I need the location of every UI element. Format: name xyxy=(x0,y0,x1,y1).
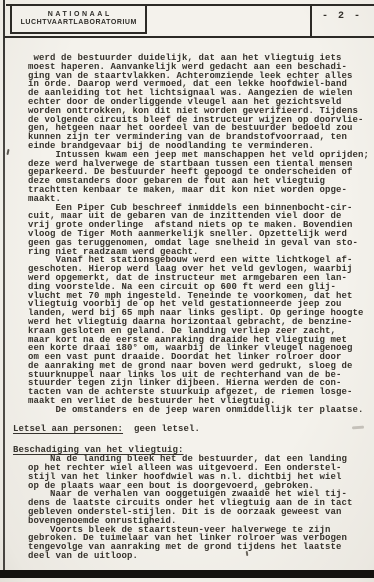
org-name-line1: NATIONAAL xyxy=(45,11,112,19)
org-name-line2: LUCHTVAARTLABORATORIUM xyxy=(20,19,137,27)
scan-speck xyxy=(6,149,9,155)
letterhead-box: NATIONAAL LUCHTVAARTLABORATORIUM xyxy=(10,4,147,34)
scanned-report-page: NATIONAAL LUCHTVAARTLABORATORIUM - 2 - w… xyxy=(0,0,374,582)
section-heading-value: geen letsel. xyxy=(123,424,200,434)
narrative-continuation: werd de bestuurder duidelijk, dat aan he… xyxy=(28,54,369,415)
damage-description: Na de landing bleek het de bestuurder, d… xyxy=(28,455,369,561)
document-body: werd de bestuurder duidelijk, dat aan he… xyxy=(13,54,369,561)
text-line: De omstanders en de jeep waren onmiddell… xyxy=(28,406,369,415)
page-number: - 2 - xyxy=(312,11,372,22)
scan-edge-artifact xyxy=(3,0,5,571)
letsel-heading-row: Letsel aan personen:geen letsel. xyxy=(13,425,369,434)
section-heading: Letsel aan personen: xyxy=(13,424,123,434)
header-bottom-rule xyxy=(4,36,374,38)
text-line: deel van de uitloop. xyxy=(28,552,369,561)
scan-bottom-edge xyxy=(0,570,374,578)
text-line: trachtten kenbaar te maken, maar dit kon… xyxy=(28,186,369,195)
